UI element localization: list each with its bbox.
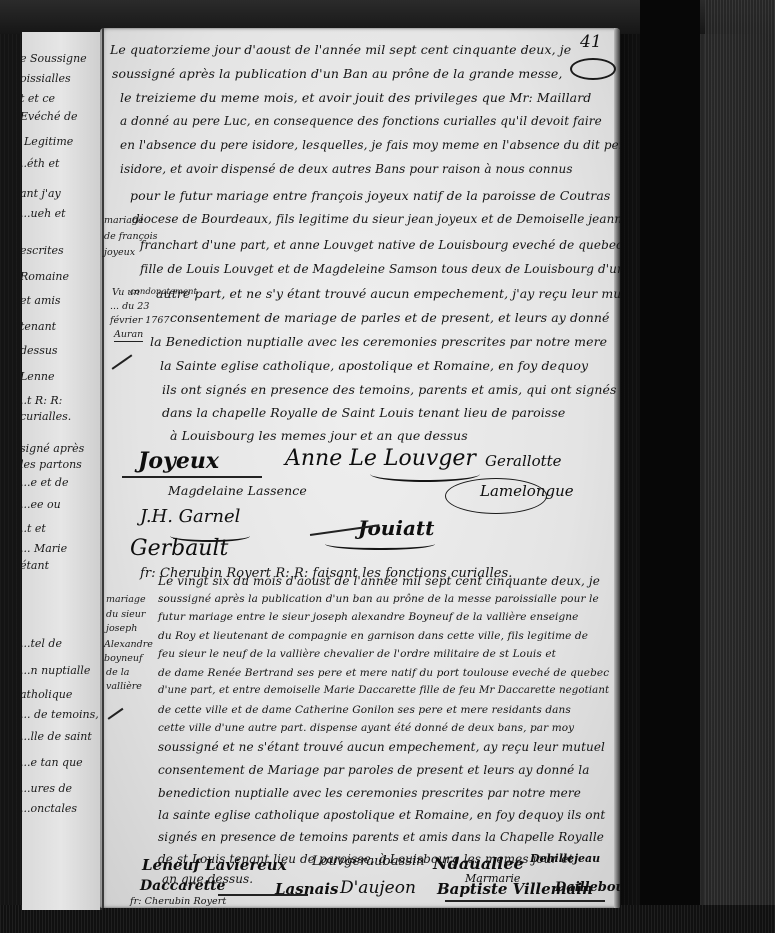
entry-line: d'une part, et entre demoiselle Marie Da… (158, 685, 609, 696)
signature: Dailleboust (555, 880, 620, 895)
officiant-signature: fr: Cherubin Royert faisant les fonction… (130, 896, 250, 908)
left-page-line: ...onctales (22, 802, 77, 815)
left-page-line: ...ures de (22, 782, 72, 795)
margin-note-line: joyeux (104, 246, 135, 259)
entry-line: isidore, et avoir dispensé de deux autre… (120, 162, 573, 176)
left-facing-page: e Soussigne oissialles t et ce Evéché de… (22, 32, 102, 910)
left-page-line: Legitime (24, 135, 73, 148)
page-number: 41 (580, 32, 602, 52)
entry-line: cette ville d'une autre part. dispense a… (158, 722, 574, 734)
gutter-shadow (640, 0, 700, 933)
entry-line: signés en presence de temoins parents et… (158, 830, 604, 844)
entry-line: pour le futur mariage entre françois joy… (130, 188, 610, 203)
entry-line: diocese de Bourdeaux, fils legitime du s… (132, 212, 620, 226)
left-page-line: Lenne (22, 370, 55, 383)
left-page-line: ...ueh et (22, 207, 66, 220)
entry-line: soussigné et ne s'étant trouvé aucun emp… (158, 740, 605, 754)
left-page-line: tenant (22, 320, 56, 333)
left-page-line: dessus (22, 344, 58, 357)
entry-line: benediction nuptialle avec les ceremonie… (158, 786, 581, 800)
margin-note-line: février 1767 (110, 314, 169, 327)
signature-flourish (325, 538, 435, 550)
entry-line: feu sieur le neuf de la vallière chevali… (158, 648, 556, 660)
left-page-line: ... Marie (22, 542, 67, 555)
margin-note-line: mariage (106, 593, 146, 606)
left-page-line: étant (22, 559, 49, 572)
signature: Leneuf Laviereux (142, 856, 287, 874)
margin-note-line: de la (106, 666, 129, 679)
signature: Lasnais (275, 880, 338, 898)
margin-note-line: joseph (106, 622, 137, 635)
left-page-line: ... de temoins, (22, 708, 99, 721)
left-page-line: oissialles (22, 72, 71, 85)
signature-flourish (170, 530, 250, 542)
left-page-line: escrites (22, 244, 64, 257)
entry-line: soussigné après la publication d'un Ban … (112, 66, 562, 81)
margin-note-line: boyneuf (104, 652, 143, 665)
binding-bottom-edge (0, 905, 775, 933)
left-page-line: et amis (22, 294, 61, 307)
entry-line: futur mariage entre le sieur joseph alex… (158, 611, 579, 623)
entry-line: en l'absence du pere isidore, lesquelles… (120, 138, 620, 152)
entry-line: de cette ville et de dame Catherine Goni… (158, 704, 571, 716)
signature: D'aujeon (340, 878, 416, 898)
signature: Ndauallee (433, 854, 524, 873)
left-page-line: Evéché de (22, 110, 78, 123)
left-page-line: ...lle de saint (22, 730, 92, 743)
left-page-line: ..t et (22, 522, 46, 535)
cloth-backing (705, 0, 775, 933)
signature: Jouiatt (358, 516, 434, 540)
entry-line: Le quatorzieme jour d'aoust de l'année m… (110, 42, 571, 57)
signature-flourish (445, 478, 547, 514)
entry-line: a donné au pere Luc, en consequence des … (120, 114, 602, 128)
signature: Magdelaine Lassence (168, 483, 307, 498)
signature: Daccarette (140, 878, 225, 894)
signature: Joyeux (138, 448, 219, 474)
spine-fold-line (102, 28, 104, 908)
left-page-line: e Soussigne (22, 52, 87, 65)
entry-line: à Louisbourg les memes jour et an que de… (170, 428, 468, 443)
margin-note-line: Auran (114, 328, 143, 342)
page-flourish-icon (570, 58, 616, 80)
entry-line: Le vingt six du mois d'aoust de l'année … (158, 574, 600, 588)
margin-note-line: vallière (106, 680, 142, 693)
entry-line: consentement de Mariage par paroles de p… (158, 763, 589, 777)
signature: J.H. Garnel (140, 506, 240, 527)
left-page-line: ...tel de (22, 637, 62, 650)
entry-line: autre part, et ne s'y étant trouvé aucun… (156, 286, 620, 301)
entry-line: le treizieme du meme mois, et avoir joui… (120, 90, 591, 105)
register-page: 41 mariage de françois joyeux Vu un cond… (100, 28, 620, 908)
margin-note-line: du sieur (106, 608, 145, 621)
entry-line: du Roy et lieutenant de compagnie en gar… (158, 630, 588, 642)
entry-line: franchart d'une part, et anne Louvget na… (140, 238, 620, 252)
left-page-line: ...ee ou (22, 498, 61, 511)
signature: Dehillejeau (530, 852, 600, 865)
left-page-line: ...e tan que (22, 756, 83, 769)
left-page-line: signé après (22, 442, 84, 455)
left-page-line: ..éth et (22, 157, 59, 170)
entry-line: la Sainte eglise catholique, apostolique… (160, 358, 588, 373)
entry-line: la sainte eglise catholique apostolique … (158, 808, 605, 822)
signature-flourish (370, 466, 480, 482)
entry-line: dans la chapelle Royalle de Saint Louis … (162, 405, 565, 420)
entry-line: de dame Renée Bertrand ses pere et mere … (158, 667, 609, 679)
left-page-line: ..t R: R: (22, 394, 62, 407)
left-page-line: Romaine (22, 270, 69, 283)
entry-line: la Benediction nuptialle avec les ceremo… (150, 334, 607, 349)
left-page-line: les partons (22, 458, 82, 471)
left-page-line: ant j'ay (22, 187, 61, 200)
left-page-line: ...n nuptialle (22, 664, 90, 677)
margin-stroke (112, 354, 133, 369)
signature-underline (445, 900, 605, 902)
left-page-line: ...e et de (22, 476, 68, 489)
signature: Louvgeraubassin (312, 854, 424, 869)
margin-stroke (108, 708, 124, 720)
margin-note-line: Alexandre (104, 638, 153, 651)
entry-line: fille de Louis Louvget et de Magdeleine … (140, 262, 620, 276)
entry-line: ils ont signés en presence des temoins, … (162, 382, 617, 397)
signature: Gerallotte (485, 452, 562, 470)
entry-line: soussigné après la publication d'un ban … (158, 593, 599, 605)
signature-underline (122, 476, 262, 478)
left-page-line: curialles. (22, 410, 71, 423)
left-page-line: t et ce (22, 92, 55, 105)
margin-note-line: ... du 23 (110, 300, 149, 313)
entry-line: consentement de mariage de parles et de … (170, 310, 610, 325)
left-page-line: atholique (22, 688, 72, 701)
page-edge (614, 28, 620, 908)
